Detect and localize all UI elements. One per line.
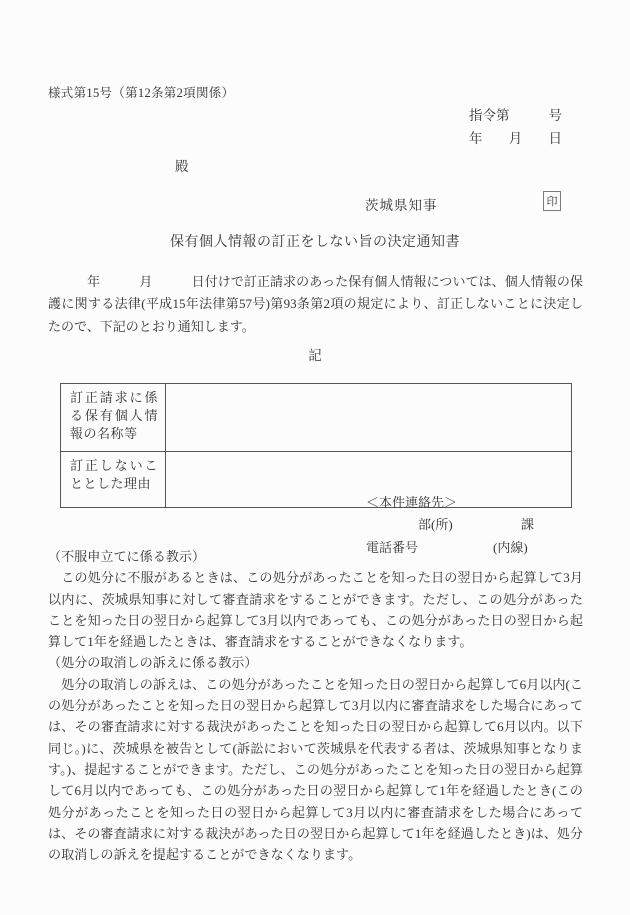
notices-section: （不服申立てに係る教示） この処分に不服があるときは、この処分があったことを知っ… (48, 546, 583, 865)
opening-paragraph: 年 月 日付けで訂正請求のあった保有個人情報については、個人情報の保護に関する法… (48, 271, 583, 338)
form-number: 様式第15号（第12条第2項関係） (48, 83, 234, 101)
issuer-name: 茨城県知事 (365, 194, 438, 214)
document-page: 様式第15号（第12条第2項関係） 指令第 号 年 月 日 殿 茨城県知事 印 … (0, 0, 630, 915)
appeal-notice-body: この処分に不服があるときは、この処分があったことを知った日の翌日から起算して3月… (48, 567, 583, 652)
row-value-personal-info-name (166, 384, 572, 452)
row-label-personal-info-name: 訂正請求に係る保有個人情報の名称等 (61, 384, 166, 452)
contact-dept-label: 部(所) (418, 514, 453, 533)
appeal-notice-heading: （不服申立てに係る教示） (48, 546, 583, 567)
document-title: 保有個人情報の訂正をしない旨の決定通知書 (0, 231, 630, 251)
decision-table: 訂正請求に係る保有個人情報の名称等 訂正しないこととした理由 (60, 383, 572, 508)
revocation-notice-heading: （処分の取消しの訴えに係る教示） (48, 652, 583, 673)
row-label-reason: 訂正しないこととした理由 (61, 452, 166, 508)
table-row: 訂正請求に係る保有個人情報の名称等 (61, 384, 572, 452)
date-year-label: 年 (469, 127, 483, 147)
directive-prefix: 指令第 (469, 104, 510, 124)
date-month-label: 月 (509, 127, 523, 147)
revocation-notice-body: 処分の取消しの訴えは、この処分があったことを知った日の翌日から起算して6月以内(… (48, 674, 583, 866)
table-row: 訂正しないこととした理由 (61, 452, 572, 508)
directive-number-line: 指令第 号 (469, 104, 562, 124)
contact-section-label: 課 (521, 514, 534, 533)
ki-separator: 記 (0, 344, 630, 364)
date-day-label: 日 (549, 127, 563, 147)
contact-heading: ＜本件連絡先＞ (366, 492, 457, 511)
addressee-honorific: 殿 (175, 155, 189, 175)
official-seal-placeholder: 印 (543, 191, 561, 211)
directive-suffix: 号 (549, 104, 563, 124)
date-line: 年 月 日 (469, 127, 562, 147)
